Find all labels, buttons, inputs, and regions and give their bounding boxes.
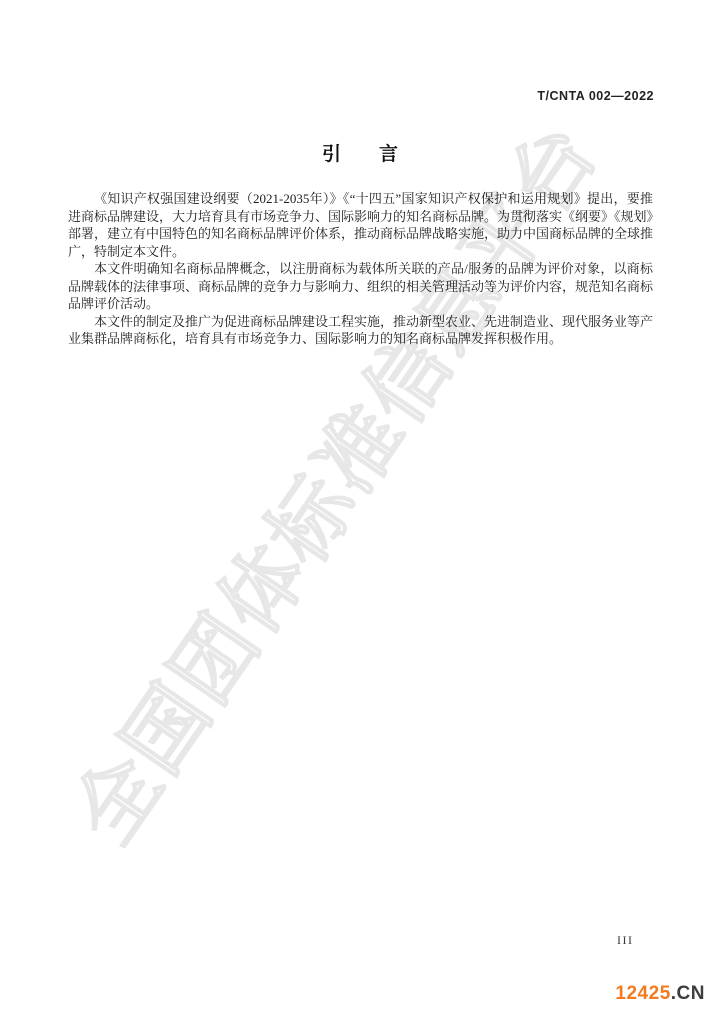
- site-watermark-number: 12425: [615, 983, 670, 1004]
- paragraph-1: 《知识产权强国建设纲要（2021-2035年）》《“十四五”国家知识产权保护和运…: [68, 190, 653, 260]
- site-watermark: 12425.CN: [615, 983, 705, 1005]
- document-page: 全国团体标准信息平台 T/CNTA 002—2022 引 言 《知识产权强国建设…: [0, 0, 720, 1017]
- page-number: III: [617, 933, 634, 948]
- standard-code: T/CNTA 002—2022: [537, 89, 654, 103]
- body-text: 《知识产权强国建设纲要（2021-2035年）》《“十四五”国家知识产权保护和运…: [68, 190, 653, 348]
- paragraph-3: 本文件的制定及推广为促进商标品牌建设工程实施，推动新型农业、先进制造业、现代服务…: [68, 313, 653, 348]
- site-watermark-tld: .CN: [671, 983, 705, 1004]
- paragraph-2: 本文件明确知名商标品牌概念，以注册商标为载体所关联的产品/服务的品牌为评价对象，…: [68, 260, 653, 313]
- page-title: 引 言: [0, 142, 720, 168]
